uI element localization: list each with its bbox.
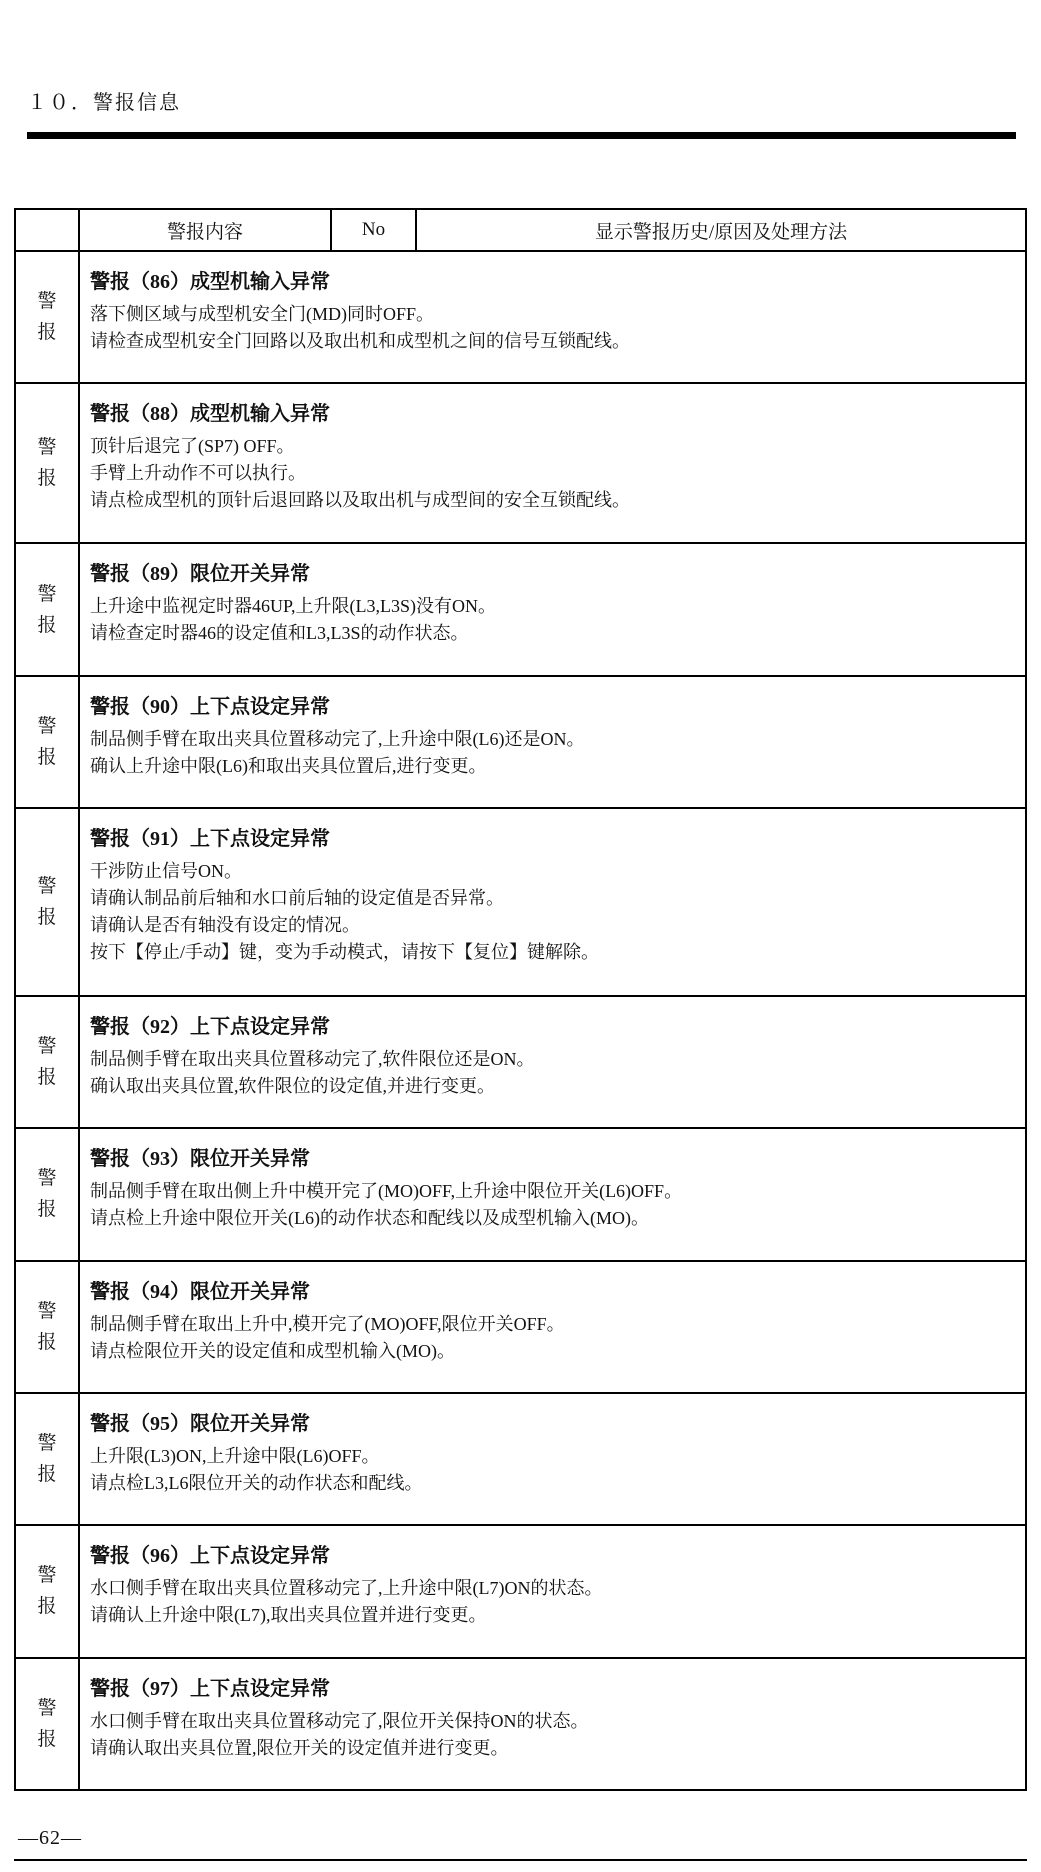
alarm-row-label-char: 报 [16, 1333, 78, 1352]
section-title: １０．警报信息 [27, 86, 181, 115]
alarm-row-label: 警报 [15, 383, 79, 543]
header-no: No [331, 209, 416, 251]
alarm-row-label-char: 警 [16, 1434, 78, 1453]
alarm-description-line: 请确认取出夹具位置,限位开关的设定值并进行变更。 [90, 1735, 1013, 1762]
alarm-row-label-char: 报 [16, 1465, 78, 1484]
alarm-table-body: 警报警报（86）成型机输入异常落下侧区域与成型机安全门(MD)同时OFF。请检查… [15, 251, 1026, 1790]
alarm-description-line: 制品侧手臂在取出上升中,模开完了(MO)OFF,限位开关OFF。 [90, 1311, 1013, 1338]
alarm-description-line: 落下侧区域与成型机安全门(MD)同时OFF。 [90, 301, 1013, 328]
alarm-row-label: 警报 [15, 1128, 79, 1260]
alarm-description-line: 制品侧手臂在取出夹具位置移动完了,上升途中限(L6)还是ON。 [90, 726, 1013, 753]
table-row: 警报警报（94）限位开关异常制品侧手臂在取出上升中,模开完了(MO)OFF,限位… [15, 1261, 1026, 1393]
header-alarm-column [15, 209, 79, 251]
alarm-title: 警报（95）限位开关异常 [90, 1409, 1013, 1439]
alarm-title: 警报（90）上下点设定异常 [90, 692, 1013, 722]
manual-page: １０．警报信息 警报内容 No 显示警报历史/原因及处理方法 警报警报（86）成… [0, 0, 1041, 1872]
table-row: 警报警报（96）上下点设定异常水口侧手臂在取出夹具位置移动完了,上升途中限(L7… [15, 1525, 1026, 1657]
table-row: 警报警报（91）上下点设定异常干涉防止信号ON。请确认制品前后轴和水口前后轴的设… [15, 808, 1026, 996]
alarm-row-label-char: 警 [16, 292, 78, 311]
alarm-row-content: 警报（94）限位开关异常制品侧手臂在取出上升中,模开完了(MO)OFF,限位开关… [79, 1261, 1026, 1393]
alarm-row-content: 警报（93）限位开关异常制品侧手臂在取出侧上升中模开完了(MO)OFF,上升途中… [79, 1128, 1026, 1260]
table-row: 警报警报（97）上下点设定异常水口侧手臂在取出夹具位置移动完了,限位开关保持ON… [15, 1658, 1026, 1790]
table-row: 警报警报（88）成型机输入异常顶针后退完了(SP7) OFF。手臂上升动作不可以… [15, 383, 1026, 543]
alarm-description-line: 请确认上升途中限(L7),取出夹具位置并进行变更。 [90, 1602, 1013, 1629]
alarm-row-content: 警报（92）上下点设定异常制品侧手臂在取出夹具位置移动完了,软件限位还是ON。确… [79, 996, 1026, 1128]
alarm-description-line: 按下【停止/手动】键，变为手动模式，请按下【复位】键解除。 [90, 939, 1013, 966]
alarm-row-label-char: 报 [16, 616, 78, 635]
alarm-title: 警报（96）上下点设定异常 [90, 1541, 1013, 1571]
alarm-description-line: 请检查定时器46的设定值和L3,L3S的动作状态。 [90, 620, 1013, 647]
table-row: 警报警报（86）成型机输入异常落下侧区域与成型机安全门(MD)同时OFF。请检查… [15, 251, 1026, 383]
table-row: 警报警报（93）限位开关异常制品侧手臂在取出侧上升中模开完了(MO)OFF,上升… [15, 1128, 1026, 1260]
alarm-row-content: 警报（96）上下点设定异常水口侧手臂在取出夹具位置移动完了,上升途中限(L7)O… [79, 1525, 1026, 1657]
alarm-description-line: 请点检L3,L6限位开关的动作状态和配线。 [90, 1470, 1013, 1497]
footer-rule [14, 1859, 1027, 1861]
alarm-row-label-char: 报 [16, 323, 78, 342]
alarm-row-label: 警报 [15, 808, 79, 996]
table-row: 警报警报（92）上下点设定异常制品侧手臂在取出夹具位置移动完了,软件限位还是ON… [15, 996, 1026, 1128]
alarm-row-content: 警报（86）成型机输入异常落下侧区域与成型机安全门(MD)同时OFF。请检查成型… [79, 251, 1026, 383]
alarm-row-label-char: 警 [16, 438, 78, 457]
alarm-description-line: 确认上升途中限(L6)和取出夹具位置后,进行变更。 [90, 753, 1013, 780]
alarm-description-line: 请点检限位开关的设定值和成型机输入(MO)。 [90, 1338, 1013, 1365]
alarm-row-label: 警报 [15, 996, 79, 1128]
alarm-row-label: 警报 [15, 1393, 79, 1525]
alarm-description-line: 请点检成型机的顶针后退回路以及取出机与成型间的安全互锁配线。 [90, 487, 1013, 514]
alarm-row-label-char: 报 [16, 1068, 78, 1087]
alarm-title: 警报（92）上下点设定异常 [90, 1012, 1013, 1042]
alarm-description-line: 制品侧手臂在取出夹具位置移动完了,软件限位还是ON。 [90, 1046, 1013, 1073]
alarm-row-label-char: 报 [16, 1200, 78, 1219]
alarm-description-line: 请检查成型机安全门回路以及取出机和成型机之间的信号互锁配线。 [90, 328, 1013, 355]
alarm-row-label: 警报 [15, 676, 79, 808]
header-alarm-content: 警报内容 [79, 209, 331, 251]
alarm-row-content: 警报（89）限位开关异常上升途中监视定时器46UP,上升限(L3,L3S)没有O… [79, 543, 1026, 675]
alarm-title: 警报（93）限位开关异常 [90, 1144, 1013, 1174]
alarm-row-label-char: 报 [16, 908, 78, 927]
alarm-table-header: 警报内容 No 显示警报历史/原因及处理方法 [15, 209, 1026, 251]
alarm-description-line: 请点检上升途中限位开关(L6)的动作状态和配线以及成型机输入(MO)。 [90, 1205, 1013, 1232]
alarm-row-label: 警报 [15, 1658, 79, 1790]
header-history: 显示警报历史/原因及处理方法 [416, 209, 1026, 251]
alarm-row-label-char: 警 [16, 877, 78, 896]
alarm-title: 警报（91）上下点设定异常 [90, 824, 1013, 854]
header-row: 警报内容 No 显示警报历史/原因及处理方法 [15, 209, 1026, 251]
alarm-row-label: 警报 [15, 1525, 79, 1657]
alarm-description-line: 手臂上升动作不可以执行。 [90, 460, 1013, 487]
alarm-row-content: 警报（90）上下点设定异常制品侧手臂在取出夹具位置移动完了,上升途中限(L6)还… [79, 676, 1026, 808]
alarm-table: 警报内容 No 显示警报历史/原因及处理方法 警报警报（86）成型机输入异常落下… [14, 208, 1027, 1791]
alarm-row-content: 警报（97）上下点设定异常水口侧手臂在取出夹具位置移动完了,限位开关保持ON的状… [79, 1658, 1026, 1790]
alarm-row-label: 警报 [15, 543, 79, 675]
alarm-description-line: 水口侧手臂在取出夹具位置移动完了,限位开关保持ON的状态。 [90, 1708, 1013, 1735]
table-row: 警报警报（95）限位开关异常上升限(L3)ON,上升途中限(L6)OFF。请点检… [15, 1393, 1026, 1525]
alarm-description-line: 干涉防止信号ON。 [90, 858, 1013, 885]
alarm-row-label: 警报 [15, 1261, 79, 1393]
alarm-description-line: 上升限(L3)ON,上升途中限(L6)OFF。 [90, 1443, 1013, 1470]
alarm-row-content: 警报（88）成型机输入异常顶针后退完了(SP7) OFF。手臂上升动作不可以执行… [79, 383, 1026, 543]
alarm-description-line: 请确认制品前后轴和水口前后轴的设定值是否异常。 [90, 885, 1013, 912]
alarm-row-label-char: 警 [16, 1566, 78, 1585]
alarm-row-label-char: 报 [16, 748, 78, 767]
alarm-row-label-char: 报 [16, 469, 78, 488]
alarm-row-label-char: 报 [16, 1597, 78, 1616]
section-title-rule [27, 132, 1016, 139]
alarm-row-label: 警报 [15, 251, 79, 383]
alarm-title: 警报（94）限位开关异常 [90, 1277, 1013, 1307]
alarm-row-label-char: 警 [16, 585, 78, 604]
alarm-description-line: 顶针后退完了(SP7) OFF。 [90, 433, 1013, 460]
alarm-description-line: 水口侧手臂在取出夹具位置移动完了,上升途中限(L7)ON的状态。 [90, 1575, 1013, 1602]
alarm-description-line: 请确认是否有轴没有设定的情况。 [90, 912, 1013, 939]
alarm-title: 警报（86）成型机输入异常 [90, 267, 1013, 297]
alarm-description-line: 上升途中监视定时器46UP,上升限(L3,L3S)没有ON。 [90, 593, 1013, 620]
alarm-description-line: 制品侧手臂在取出侧上升中模开完了(MO)OFF,上升途中限位开关(L6)OFF。 [90, 1178, 1013, 1205]
alarm-title: 警报（89）限位开关异常 [90, 559, 1013, 589]
alarm-description-line: 确认取出夹具位置,软件限位的设定值,并进行变更。 [90, 1073, 1013, 1100]
alarm-row-label-char: 警 [16, 717, 78, 736]
alarm-title: 警报（97）上下点设定异常 [90, 1674, 1013, 1704]
alarm-row-label-char: 警 [16, 1037, 78, 1056]
alarm-row-content: 警报（91）上下点设定异常干涉防止信号ON。请确认制品前后轴和水口前后轴的设定值… [79, 808, 1026, 996]
alarm-title: 警报（88）成型机输入异常 [90, 399, 1013, 429]
table-row: 警报警报（89）限位开关异常上升途中监视定时器46UP,上升限(L3,L3S)没… [15, 543, 1026, 675]
alarm-row-label-char: 报 [16, 1730, 78, 1749]
alarm-row-label-char: 警 [16, 1699, 78, 1718]
alarm-row-content: 警报（95）限位开关异常上升限(L3)ON,上升途中限(L6)OFF。请点检L3… [79, 1393, 1026, 1525]
page-number: —62— [18, 1827, 82, 1850]
alarm-row-label-char: 警 [16, 1169, 78, 1188]
table-row: 警报警报（90）上下点设定异常制品侧手臂在取出夹具位置移动完了,上升途中限(L6… [15, 676, 1026, 808]
alarm-row-label-char: 警 [16, 1302, 78, 1321]
